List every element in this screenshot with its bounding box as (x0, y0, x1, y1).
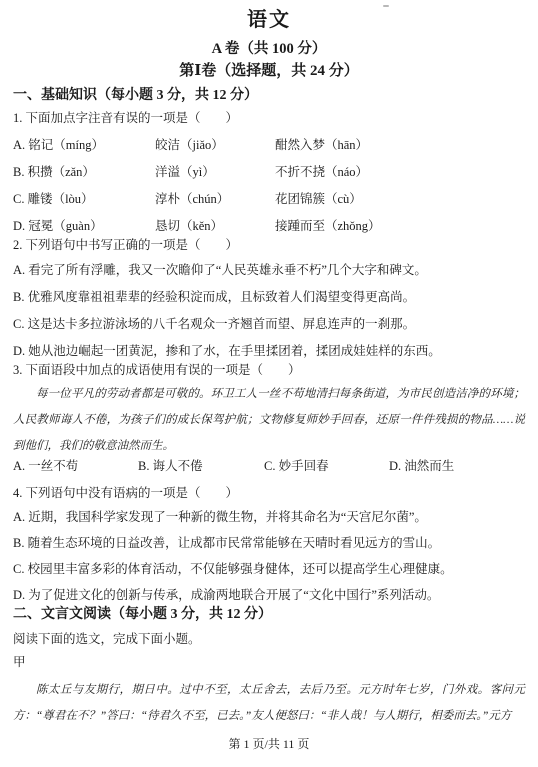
passage-label-jia: 甲 (13, 654, 26, 670)
q1-option-c-word3: 花团锦簇（cù） (275, 191, 362, 207)
q1-option-b-word2: 洋溢（yì） (155, 164, 215, 180)
q1-stem: 1. 下面加点字注音有误的一项是（ ） (13, 110, 238, 126)
q2-option-c: C. 这是达卡多拉游泳场的八千名观众一齐翘首而望、屏息连声的一刹那。 (13, 316, 415, 332)
q1-option-a-word2: 皎洁（jiǎo） (155, 137, 224, 153)
q1-option-d-word3: 接踵而至（zhǒng） (275, 218, 381, 234)
classical-passage: 陈太丘与友期行，期日中。过中不至，太丘舍去，去后乃至。元方时年七岁，门外戏。客问… (13, 677, 525, 729)
q3-passage: 每一位平凡的劳动者都是可敬的。环卫工人一丝不苟地清扫每条街道，为市民创造洁净的环… (13, 381, 525, 459)
q1-option-row: D. 冠冕（guàn） 恳切（kěn） 接踵而至（zhǒng） (13, 218, 525, 234)
q1-option-c-word2: 淳朴（chún） (155, 191, 229, 207)
q1-option-row: C. 雕镂（lòu） 淳朴（chún） 花团锦簇（cù） (13, 191, 525, 207)
q3-option-b: B. 诲人不倦 (138, 458, 203, 474)
q1-option-d-word2: 恳切（kěn） (155, 218, 223, 234)
q4-option-c: C. 校园里丰富多彩的体育活动，不仅能够强身健体，还可以提高学生心理健康。 (13, 561, 453, 577)
q1-option-b-word3: 不折不挠（náo） (275, 164, 368, 180)
q4-option-b: B. 随着生态环境的日益改善，让成都市民常常能够在天晴时看见远方的雪山。 (13, 535, 440, 551)
q4-option-a: A. 近期，我国科学家发现了一种新的微生物，并将其命名为“天宫尼尔菌”。 (13, 509, 427, 525)
page-number: 第 1 页/共 11 页 (0, 737, 538, 752)
section2-heading: 二、文言文阅读（每小题 3 分，共 12 分） (13, 606, 272, 624)
q4-stem: 4. 下列语句中没有语病的一项是（ ） (13, 485, 238, 501)
q3-option-a: A. 一丝不苟 (13, 458, 78, 474)
q1-option-a: A. 铭记（míng） (13, 137, 104, 153)
q1-option-row: B. 积攒（zǎn） 洋溢（yì） 不折不挠（náo） (13, 164, 525, 180)
q2-option-d: D. 她从池边崛起一团黄泥，掺和了水，在手里揉团着，揉团成娃娃样的东西。 (13, 343, 441, 359)
scan-artifact (383, 5, 389, 7)
volume-heading: A 卷（共 100 分） (0, 40, 538, 58)
q2-stem: 2. 下列语句中书写正确的一项是（ ） (13, 237, 238, 253)
exam-page: 语文 A 卷（共 100 分） 第Ⅰ卷（选择题，共 24 分） 一、基础知识（每… (0, 0, 538, 767)
section1-heading: 一、基础知识（每小题 3 分，共 12 分） (13, 87, 258, 105)
q1-option-d: D. 冠冕（guàn） (13, 218, 103, 234)
q2-option-b: B. 优雅风度靠祖祖辈辈的经验积淀而成，且标致着人们渴望变得更高尚。 (13, 289, 415, 305)
q1-option-row: A. 铭记（míng） 皎洁（jiǎo） 酣然入梦（hān） (13, 137, 525, 153)
q1-option-c: C. 雕镂（lòu） (13, 191, 94, 207)
q3-option-c: C. 妙手回春 (264, 458, 329, 474)
q1-option-a-word3: 酣然入梦（hān） (275, 137, 368, 153)
q3-stem: 3. 下面语段中加点的成语使用有误的一项是（ ） (13, 362, 301, 378)
q3-option-row: A. 一丝不苟 B. 诲人不倦 C. 妙手回春 D. 油然而生 (13, 458, 525, 474)
q2-option-a: A. 看完了所有浮雕，我又一次瞻仰了“人民英雄永垂不朽”几个大字和碑文。 (13, 262, 427, 278)
q3-option-d: D. 油然而生 (389, 458, 454, 474)
paper-title: 语文 (0, 8, 538, 32)
q4-option-d: D. 为了促进文化的创新与传承，成渝两地联合开展了“文化中国行”系列活动。 (13, 587, 439, 603)
part-heading: 第Ⅰ卷（选择题，共 24 分） (0, 62, 538, 81)
q1-option-b: B. 积攒（zǎn） (13, 164, 95, 180)
section2-instruction: 阅读下面的选文，完成下面小题。 (13, 631, 201, 647)
